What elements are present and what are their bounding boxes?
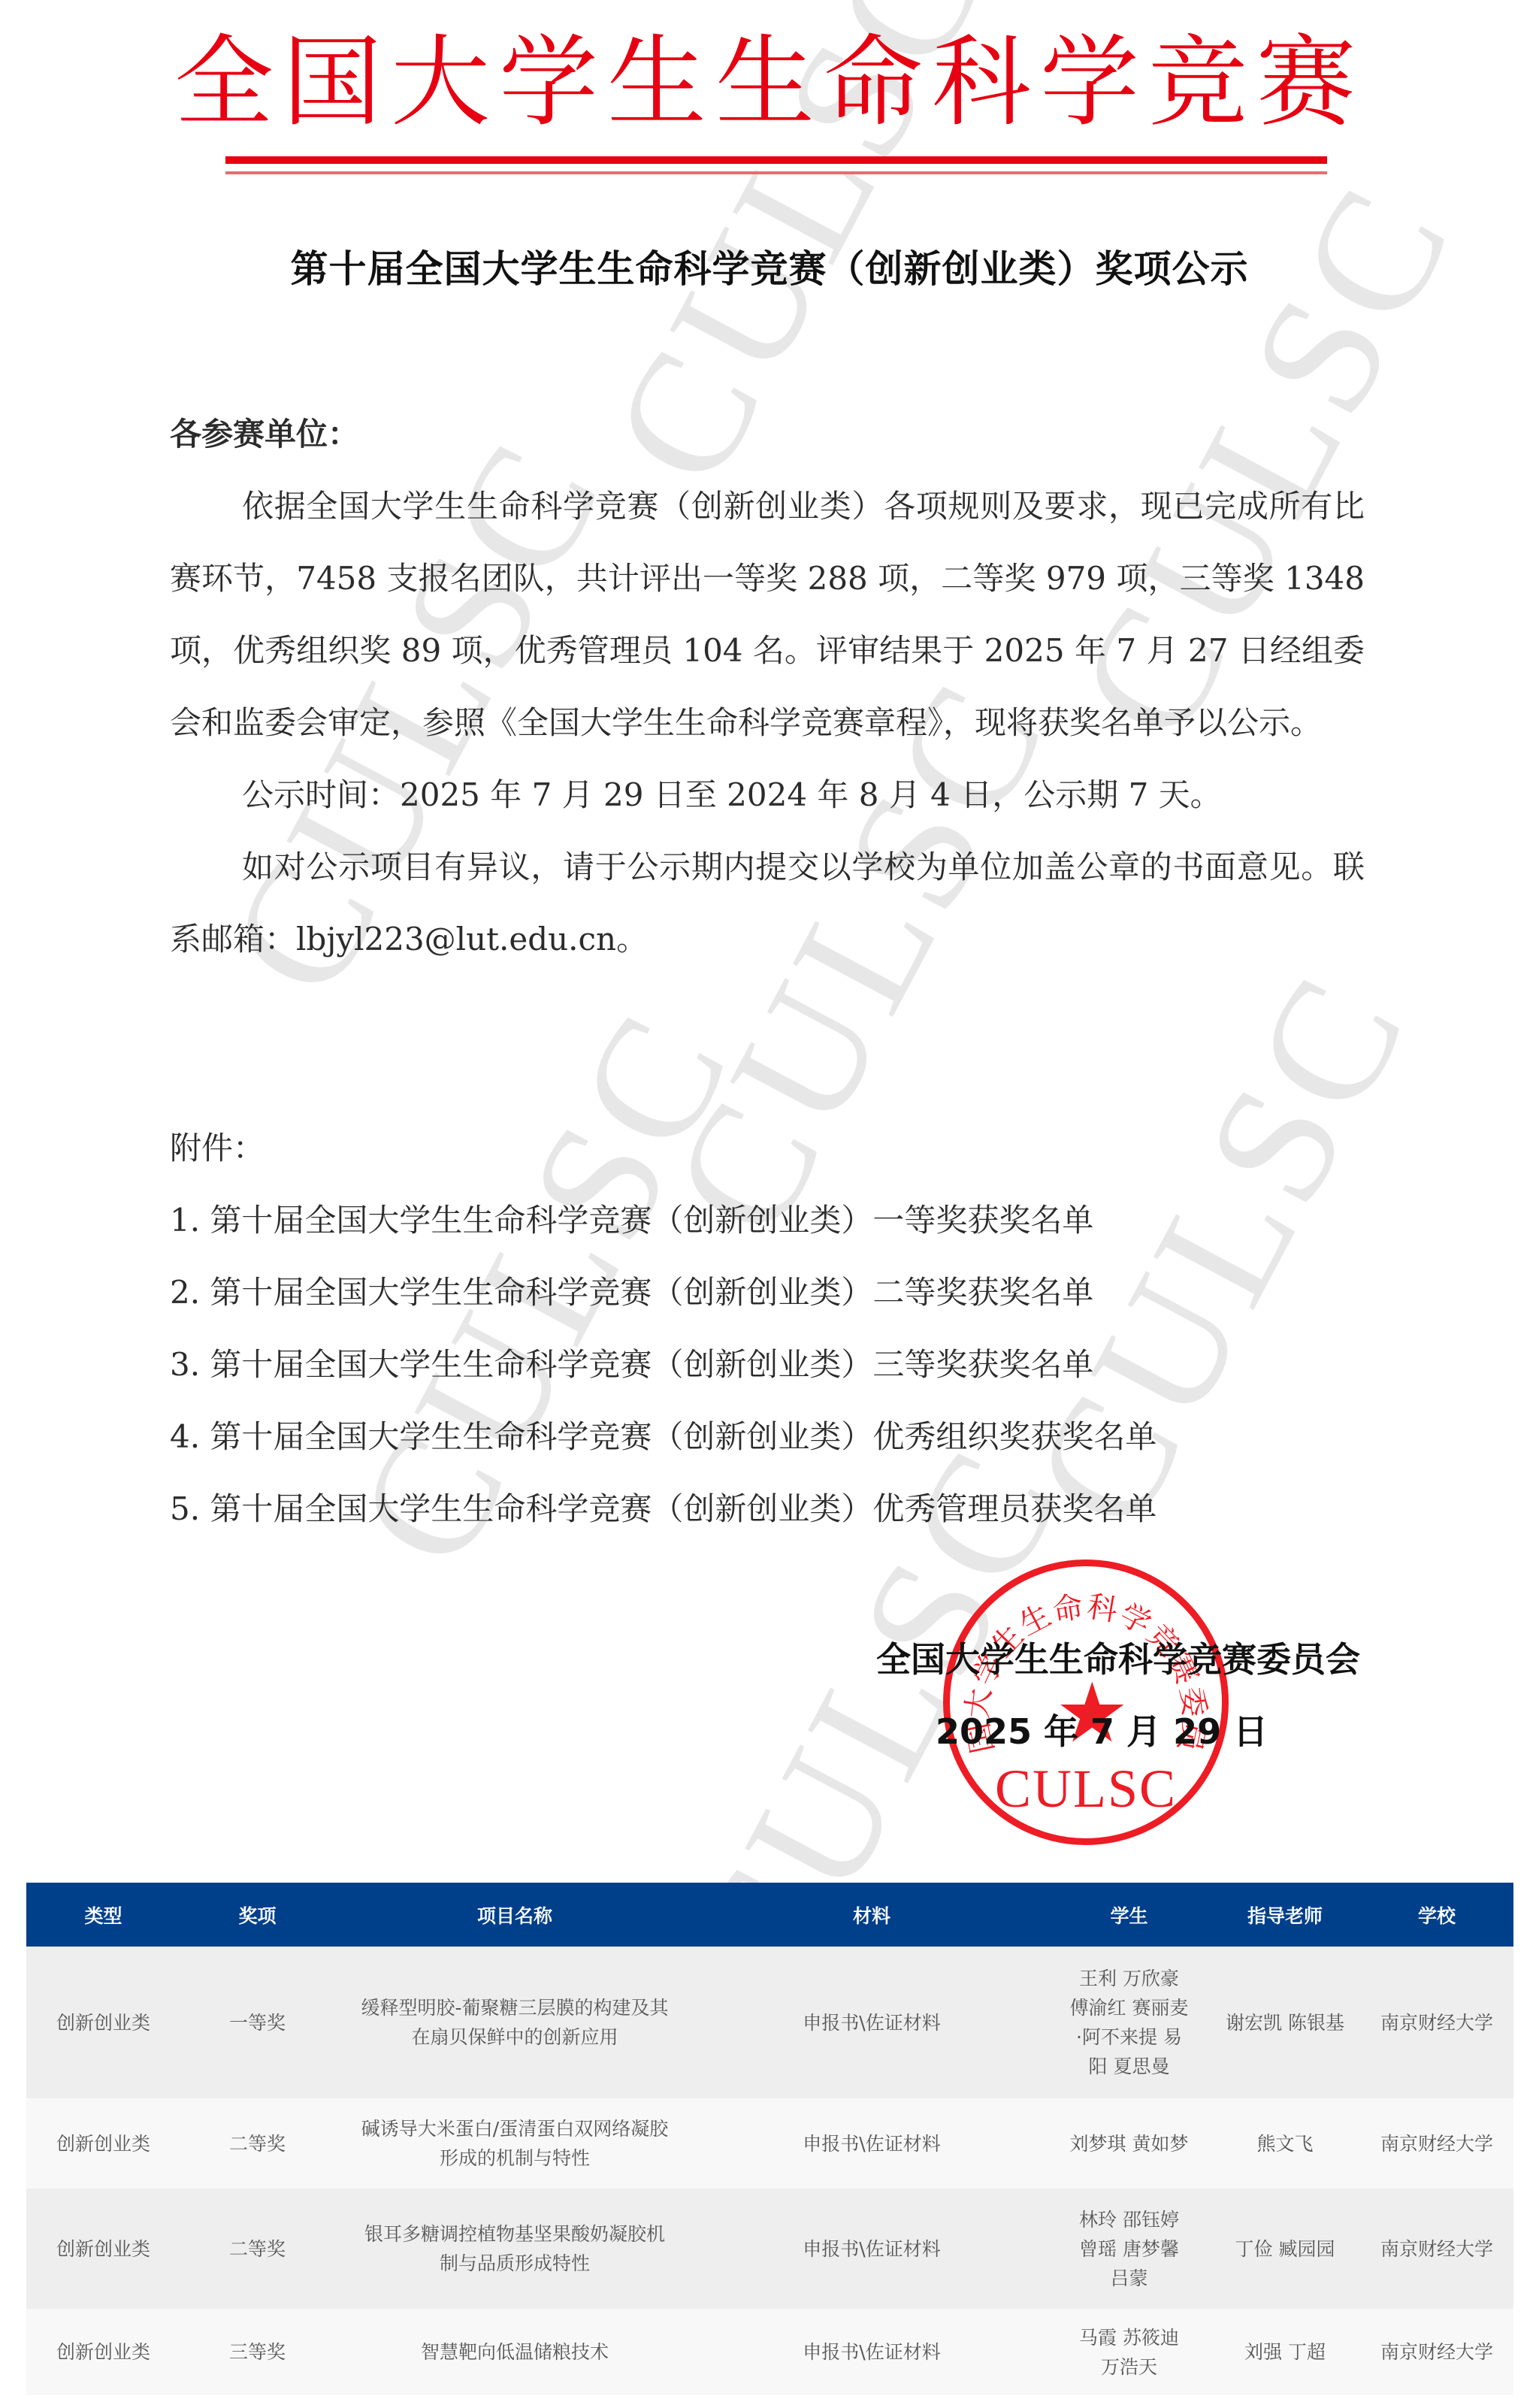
table-header-row: 类型 奖项 项目名称 材料 学生 指导老师 学校 (26, 1883, 1513, 1947)
cell-type: 创新创业类 (26, 2189, 180, 2309)
project-line: 银耳多糖调控植物基坚果酸奶凝胶机 (343, 2219, 686, 2249)
cell-award: 二等奖 (180, 2189, 334, 2309)
project-line: 制与品质形成特性 (343, 2249, 686, 2278)
cell-award: 二等奖 (180, 2098, 334, 2189)
students-line: 吕蒙 (1057, 2264, 1201, 2293)
salutation: 各参赛单位： (170, 398, 1365, 470)
attachment-item: 3. 第十届全国大学生生命科学竞赛（创新创业类）三等奖获奖名单 (170, 1329, 1157, 1401)
notice-paragraph-objection: 如对公示项目有异议，请于公示期内提交以学校为单位加盖公章的书面意见。联系邮箱：l… (170, 831, 1365, 976)
cell-students: 马霞 苏筱迪 万浩天 (1048, 2309, 1210, 2395)
cell-school: 南京财经大学 (1360, 2309, 1513, 2395)
students-line: 马霞 苏筱迪 (1057, 2323, 1201, 2352)
cell-school: 南京财经大学 (1360, 2189, 1513, 2309)
cell-materials: 申报书\佐证材料 (695, 1947, 1048, 2098)
cell-project: 智慧靶向低温储粮技术 (334, 2309, 695, 2395)
cell-materials: 申报书\佐证材料 (695, 2189, 1048, 2309)
project-line: 缓释型明胶-葡聚糖三层膜的构建及其 (343, 1993, 686, 2022)
students-line: ·阿不来提 易 (1057, 2022, 1201, 2052)
table-row: 创新创业类 三等奖 智慧靶向低温储粮技术 申报书\佐证材料 马霞 苏筱迪 万浩天… (26, 2309, 1513, 2395)
cell-students: 林玲 邵钰婷 曾瑶 唐梦馨 吕蒙 (1048, 2189, 1210, 2309)
project-line: 形成的机制与特性 (343, 2143, 686, 2173)
project-line: 碱诱导大米蛋白/蛋清蛋白双网络凝胶 (343, 2114, 686, 2143)
masthead-rule-thick (225, 156, 1327, 164)
cell-type: 创新创业类 (26, 1947, 180, 2098)
signature-organization: 全国大学生生命科学竞赛委员会 (804, 1623, 1360, 1696)
cell-award: 三等奖 (180, 2309, 334, 2395)
cell-type: 创新创业类 (26, 2098, 180, 2189)
cell-advisors: 熊文飞 (1210, 2098, 1360, 2189)
cell-advisors: 丁俭 臧园园 (1210, 2189, 1360, 2309)
column-header-materials: 材料 (695, 1883, 1048, 1947)
cell-students: 王利 万欣豪 傅渝红 赛丽麦 ·阿不来提 易 阳 夏思曼 (1048, 1947, 1210, 2098)
notice-paragraph-period: 公示时间：2025 年 7 月 29 日至 2024 年 8 月 4 日，公示期… (170, 759, 1365, 831)
table-row: 创新创业类 二等奖 银耳多糖调控植物基坚果酸奶凝胶机 制与品质形成特性 申报书\… (26, 2189, 1513, 2309)
cell-students: 刘梦琪 黄如梦 (1048, 2098, 1210, 2189)
students-line: 刘梦琪 黄如梦 (1057, 2129, 1201, 2158)
cell-project: 缓释型明胶-葡聚糖三层膜的构建及其 在扇贝保鲜中的创新应用 (334, 1947, 695, 2098)
column-header-advisors: 指导老师 (1210, 1883, 1360, 1947)
cell-advisors: 谢宏凯 陈银基 (1210, 1947, 1360, 2098)
attachments-label: 附件： (170, 1112, 1157, 1184)
cell-materials: 申报书\佐证材料 (695, 2098, 1048, 2189)
column-header-type: 类型 (26, 1883, 180, 1947)
column-header-school: 学校 (1360, 1883, 1513, 1947)
cell-project: 银耳多糖调控植物基坚果酸奶凝胶机 制与品质形成特性 (334, 2189, 695, 2309)
attachment-item: 4. 第十届全国大学生生命科学竞赛（创新创业类）优秀组织奖获奖名单 (170, 1401, 1157, 1473)
attachment-item: 5. 第十届全国大学生生命科学竞赛（创新创业类）优秀管理员获奖名单 (170, 1473, 1157, 1545)
cell-project: 碱诱导大米蛋白/蛋清蛋白双网络凝胶 形成的机制与特性 (334, 2098, 695, 2189)
students-line: 王利 万欣豪 (1057, 1964, 1201, 1993)
cell-type: 创新创业类 (26, 2309, 180, 2395)
table-row: 创新创业类 一等奖 缓释型明胶-葡聚糖三层膜的构建及其 在扇贝保鲜中的创新应用 … (26, 1947, 1513, 2098)
column-header-award: 奖项 (180, 1883, 334, 1947)
notice-subtitle: 第十届全国大学生生命科学竞赛（创新创业类）奖项公示 (0, 239, 1539, 293)
students-line: 林玲 邵钰婷 (1057, 2205, 1201, 2234)
cell-school: 南京财经大学 (1360, 1947, 1513, 2098)
attachments-list: 附件： 1. 第十届全国大学生生命科学竞赛（创新创业类）一等奖获奖名单 2. 第… (170, 1112, 1157, 1545)
masthead-title: 全国大学生生命科学竞赛 (0, 23, 1539, 143)
masthead-rule-thin (225, 171, 1327, 174)
attachment-item: 2. 第十届全国大学生生命科学竞赛（创新创业类）二等奖获奖名单 (170, 1257, 1157, 1329)
table-row: 创新创业类 二等奖 碱诱导大米蛋白/蛋清蛋白双网络凝胶 形成的机制与特性 申报书… (26, 2098, 1513, 2189)
awards-table: 类型 奖项 项目名称 材料 学生 指导老师 学校 创新创业类 一等奖 缓释型明胶… (26, 1883, 1513, 2395)
project-line: 在扇贝保鲜中的创新应用 (343, 2022, 686, 2052)
cell-materials: 申报书\佐证材料 (695, 2309, 1048, 2395)
students-line: 曾瑶 唐梦馨 (1057, 2234, 1201, 2264)
cell-school: 南京财经大学 (1360, 2098, 1513, 2189)
attachment-item: 1. 第十届全国大学生生命科学竞赛（创新创业类）一等奖获奖名单 (170, 1184, 1157, 1257)
notice-paragraph-results: 依据全国大学生生命科学竞赛（创新创业类）各项规则及要求，现已完成所有比赛环节，7… (170, 470, 1365, 759)
project-line: 智慧靶向低温储粮技术 (343, 2337, 686, 2367)
cell-award: 一等奖 (180, 1947, 334, 2098)
signature-block: 全国大学生生命科学竞赛委员会 2025 年 7 月 29 日 (804, 1623, 1360, 1768)
cell-advisors: 刘强 丁超 (1210, 2309, 1360, 2395)
notice-body: 各参赛单位： 依据全国大学生生命科学竞赛（创新创业类）各项规则及要求，现已完成所… (170, 398, 1365, 976)
column-header-project: 项目名称 (334, 1883, 695, 1947)
students-line: 万浩天 (1057, 2352, 1201, 2382)
signature-date: 2025 年 7 月 29 日 (804, 1696, 1360, 1768)
students-line: 阳 夏思曼 (1057, 2052, 1201, 2081)
students-line: 傅渝红 赛丽麦 (1057, 1993, 1201, 2022)
column-header-students: 学生 (1048, 1883, 1210, 1947)
